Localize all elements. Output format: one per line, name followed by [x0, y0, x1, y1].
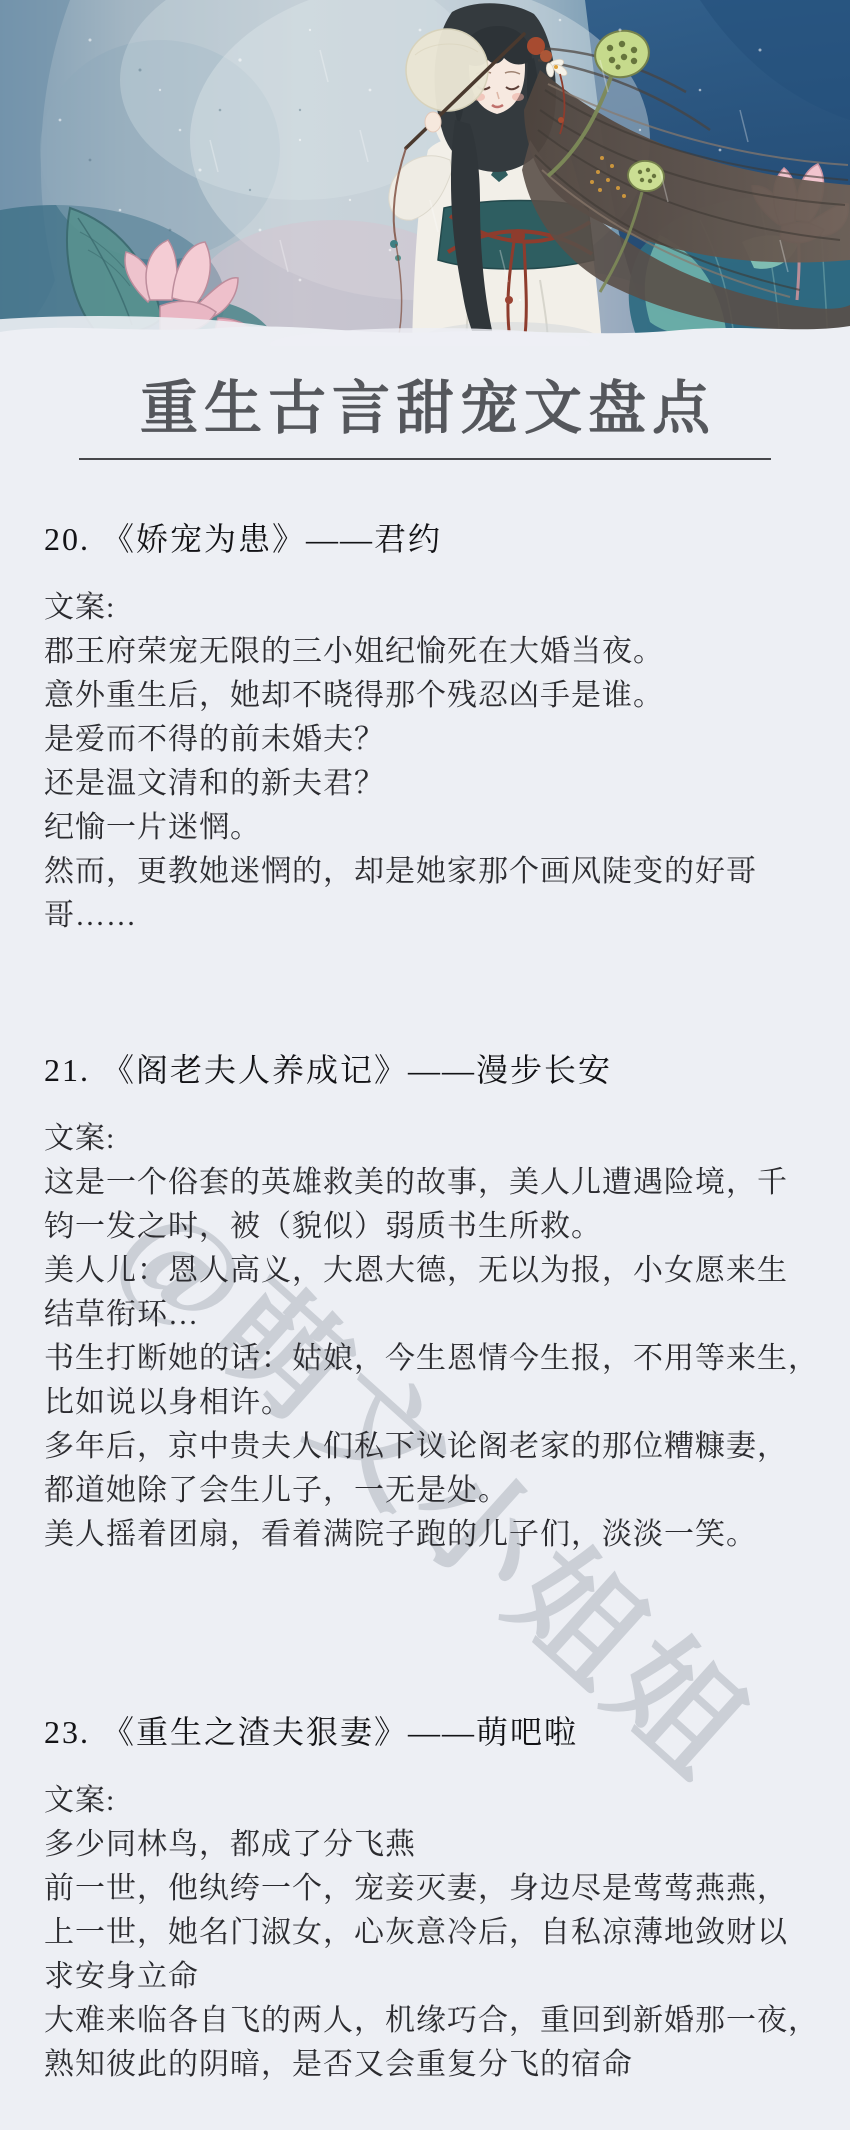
author-name: 君约	[374, 521, 442, 557]
copy-line: 都道她除了会生儿子，一无是处。	[44, 1469, 824, 1513]
content: 20.《娇宠为患》——君约 文案: 郡王府荣宠无限的三小姐纪愉死在大婚当夜。 意…	[0, 516, 850, 2087]
copy-line: 纪愉一片迷惘。	[44, 806, 824, 850]
book-title: 《阁老夫人养成记》	[102, 1052, 408, 1088]
copy-line: 这是一个俗套的英雄救美的故事，美人儿遭遇险境，千	[44, 1161, 824, 1205]
copy-line: 钧一发之时，被（貌似）弱质书生所救。	[44, 1205, 824, 1249]
author-name: 萌吧啦	[476, 1714, 578, 1750]
copy-line: 结草衔环…	[44, 1293, 824, 1337]
page-root: @萌文小姐姐 重生古言甜宠文盘点 20.《娇宠为患》——君约 文案: 郡王府荣宠…	[0, 0, 850, 2130]
copy-line: 上一世，她名门淑女，心灰意冷后，自私凉薄地敛财以	[44, 1911, 824, 1955]
copy-label: 文案:	[44, 1117, 824, 1161]
copy-line: 美人摇着团扇，看着满院子跑的儿子们，淡淡一笑。	[44, 1513, 824, 1557]
entry-number: 20.	[44, 521, 90, 557]
heading-dash: ——	[408, 1052, 476, 1088]
copy-line: 多少同林鸟，都成了分飞燕	[44, 1823, 824, 1867]
heading-dash: ——	[408, 1714, 476, 1750]
copy-label: 文案:	[44, 1779, 824, 1823]
copy-line: 美人儿：恩人高义，大恩大德，无以为报，小女愿来生	[44, 1249, 824, 1293]
copy-label: 文案:	[44, 586, 824, 630]
entry-heading: 23.《重生之渣夫狠妻》——萌吧啦	[44, 1709, 824, 1755]
book-entry: 21.《阁老夫人养成记》——漫步长安 文案: 这是一个俗套的英雄救美的故事，美人…	[44, 1047, 824, 1557]
title-divider	[79, 458, 771, 460]
entry-heading: 20.《娇宠为患》——君约	[44, 516, 824, 562]
page-title: 重生古言甜宠文盘点	[0, 376, 850, 442]
book-entry: 20.《娇宠为患》——君约 文案: 郡王府荣宠无限的三小姐纪愉死在大婚当夜。 意…	[44, 516, 824, 938]
copy-line: 哥……	[44, 894, 824, 938]
entry-heading: 21.《阁老夫人养成记》——漫步长安	[44, 1047, 824, 1093]
copy-line: 大难来临各自飞的两人，机缘巧合，重回到新婚那一夜，	[44, 1999, 824, 2043]
copy-line: 郡王府荣宠无限的三小姐纪愉死在大婚当夜。	[44, 630, 824, 674]
copy-line: 然而，更教她迷惘的，却是她家那个画风陡变的好哥	[44, 850, 824, 894]
copy-line: 比如说以身相许。	[44, 1381, 824, 1425]
copy-line: 意外重生后，她却不晓得那个残忍凶手是谁。	[44, 674, 824, 718]
entry-number: 21.	[44, 1052, 90, 1088]
copy-line: 前一世，他纨绔一个，宠妾灭妻，身边尽是莺莺燕燕，	[44, 1867, 824, 1911]
copy-line: 熟知彼此的阴暗，是否又会重复分飞的宿命	[44, 2043, 824, 2087]
book-entry: 23.《重生之渣夫狠妻》——萌吧啦 文案: 多少同林鸟，都成了分飞燕 前一世，他…	[44, 1709, 824, 2087]
copy-line: 还是温文清和的新夫君？	[44, 762, 824, 806]
heading-dash: ——	[306, 521, 374, 557]
copy-line: 书生打断她的话：姑娘，今生恩情今生报，不用等来生，	[44, 1337, 824, 1381]
author-name: 漫步长安	[476, 1052, 612, 1088]
copy-line: 多年后，京中贵夫人们私下议论阁老家的那位糟糠妻，	[44, 1425, 824, 1469]
copy-line: 求安身立命	[44, 1955, 824, 1999]
copy-line: 是爱而不得的前未婚夫？	[44, 718, 824, 762]
book-title: 《娇宠为患》	[102, 521, 306, 557]
book-title: 《重生之渣夫狠妻》	[102, 1714, 408, 1750]
header-illustration	[0, 0, 850, 346]
entry-number: 23.	[44, 1714, 90, 1750]
